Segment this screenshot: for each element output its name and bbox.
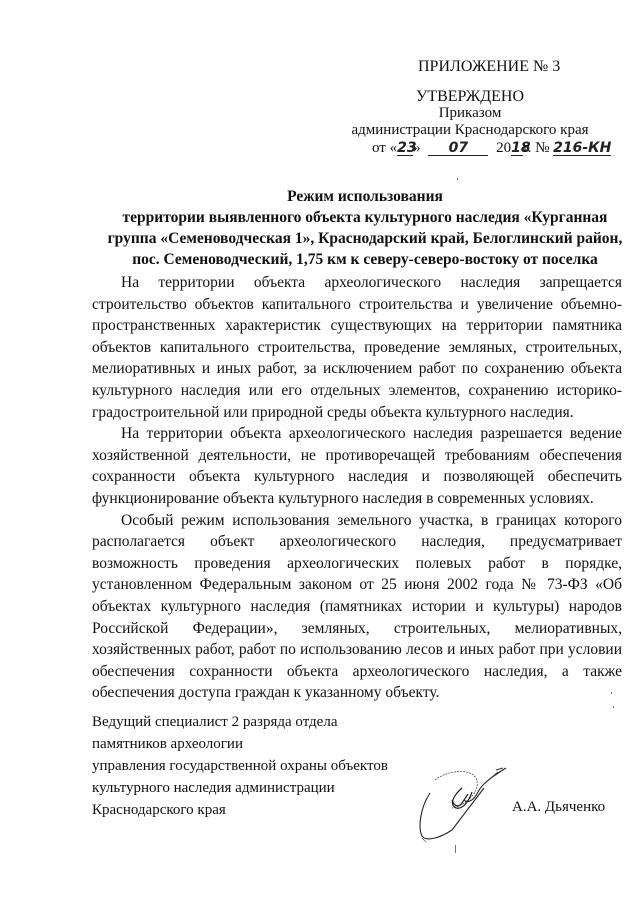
approval-block: УТВЕРЖДЕНО Приказом администрации Красно… [340,88,600,139]
signer-line-4: культурного наследия администрации [92,777,388,799]
date-prefix: от « [372,140,397,156]
scan-speck [611,692,612,694]
signer-line-3: управления государственной охраны объект… [92,755,388,777]
date-day-close: » [413,140,421,156]
title-line-3: группа «Семеноводческая 1», Краснодарски… [95,228,635,249]
scan-speck [613,706,614,708]
date-day-handwritten: 23 [397,141,413,156]
document-body: На территории объекта археологического н… [92,272,622,704]
signer-position: Ведущий специалист 2 разряда отдела памя… [92,711,388,821]
order-number-handwritten: 216-КН [553,141,611,156]
appendix-number: ПРИЛОЖЕНИЕ № 3 [418,58,560,76]
year-label: г. № [523,140,549,156]
signature-icon [400,748,510,848]
issuing-authority: администрации Краснодарского края [340,122,600,139]
signer-name: А.А. Дьяченко [512,799,605,816]
paragraph-permissions: На территории объекта археологического н… [92,423,622,509]
order-date-line: от «23» 07 2018г. № 216-КН [372,140,611,157]
year-suffix-handwritten: 18 [511,141,523,156]
scan-speck [457,178,458,180]
signer-line-2: памятников археологии [92,733,388,755]
by-order-label: Приказом [340,105,600,122]
paragraph-special-regime: Особый режим использования земельного уч… [92,510,622,704]
year-prefix: 20 [496,140,511,156]
scan-speck [455,845,456,853]
signer-line-1: Ведущий специалист 2 разряда отдела [92,711,388,733]
signer-line-5: Краснодарского края [92,799,388,821]
approved-label: УТВЕРЖДЕНО [340,88,600,105]
title-line-1: Режим использования [95,186,635,207]
document-title: Режим использования территории выявленно… [95,186,635,270]
title-line-2: территории выявленного объекта культурно… [95,207,635,228]
paragraph-prohibitions: На территории объекта археологического н… [92,272,622,423]
date-month-handwritten: 07 [428,141,488,156]
title-line-4: пос. Семеноводческий, 1,75 км к северу-с… [95,249,635,270]
